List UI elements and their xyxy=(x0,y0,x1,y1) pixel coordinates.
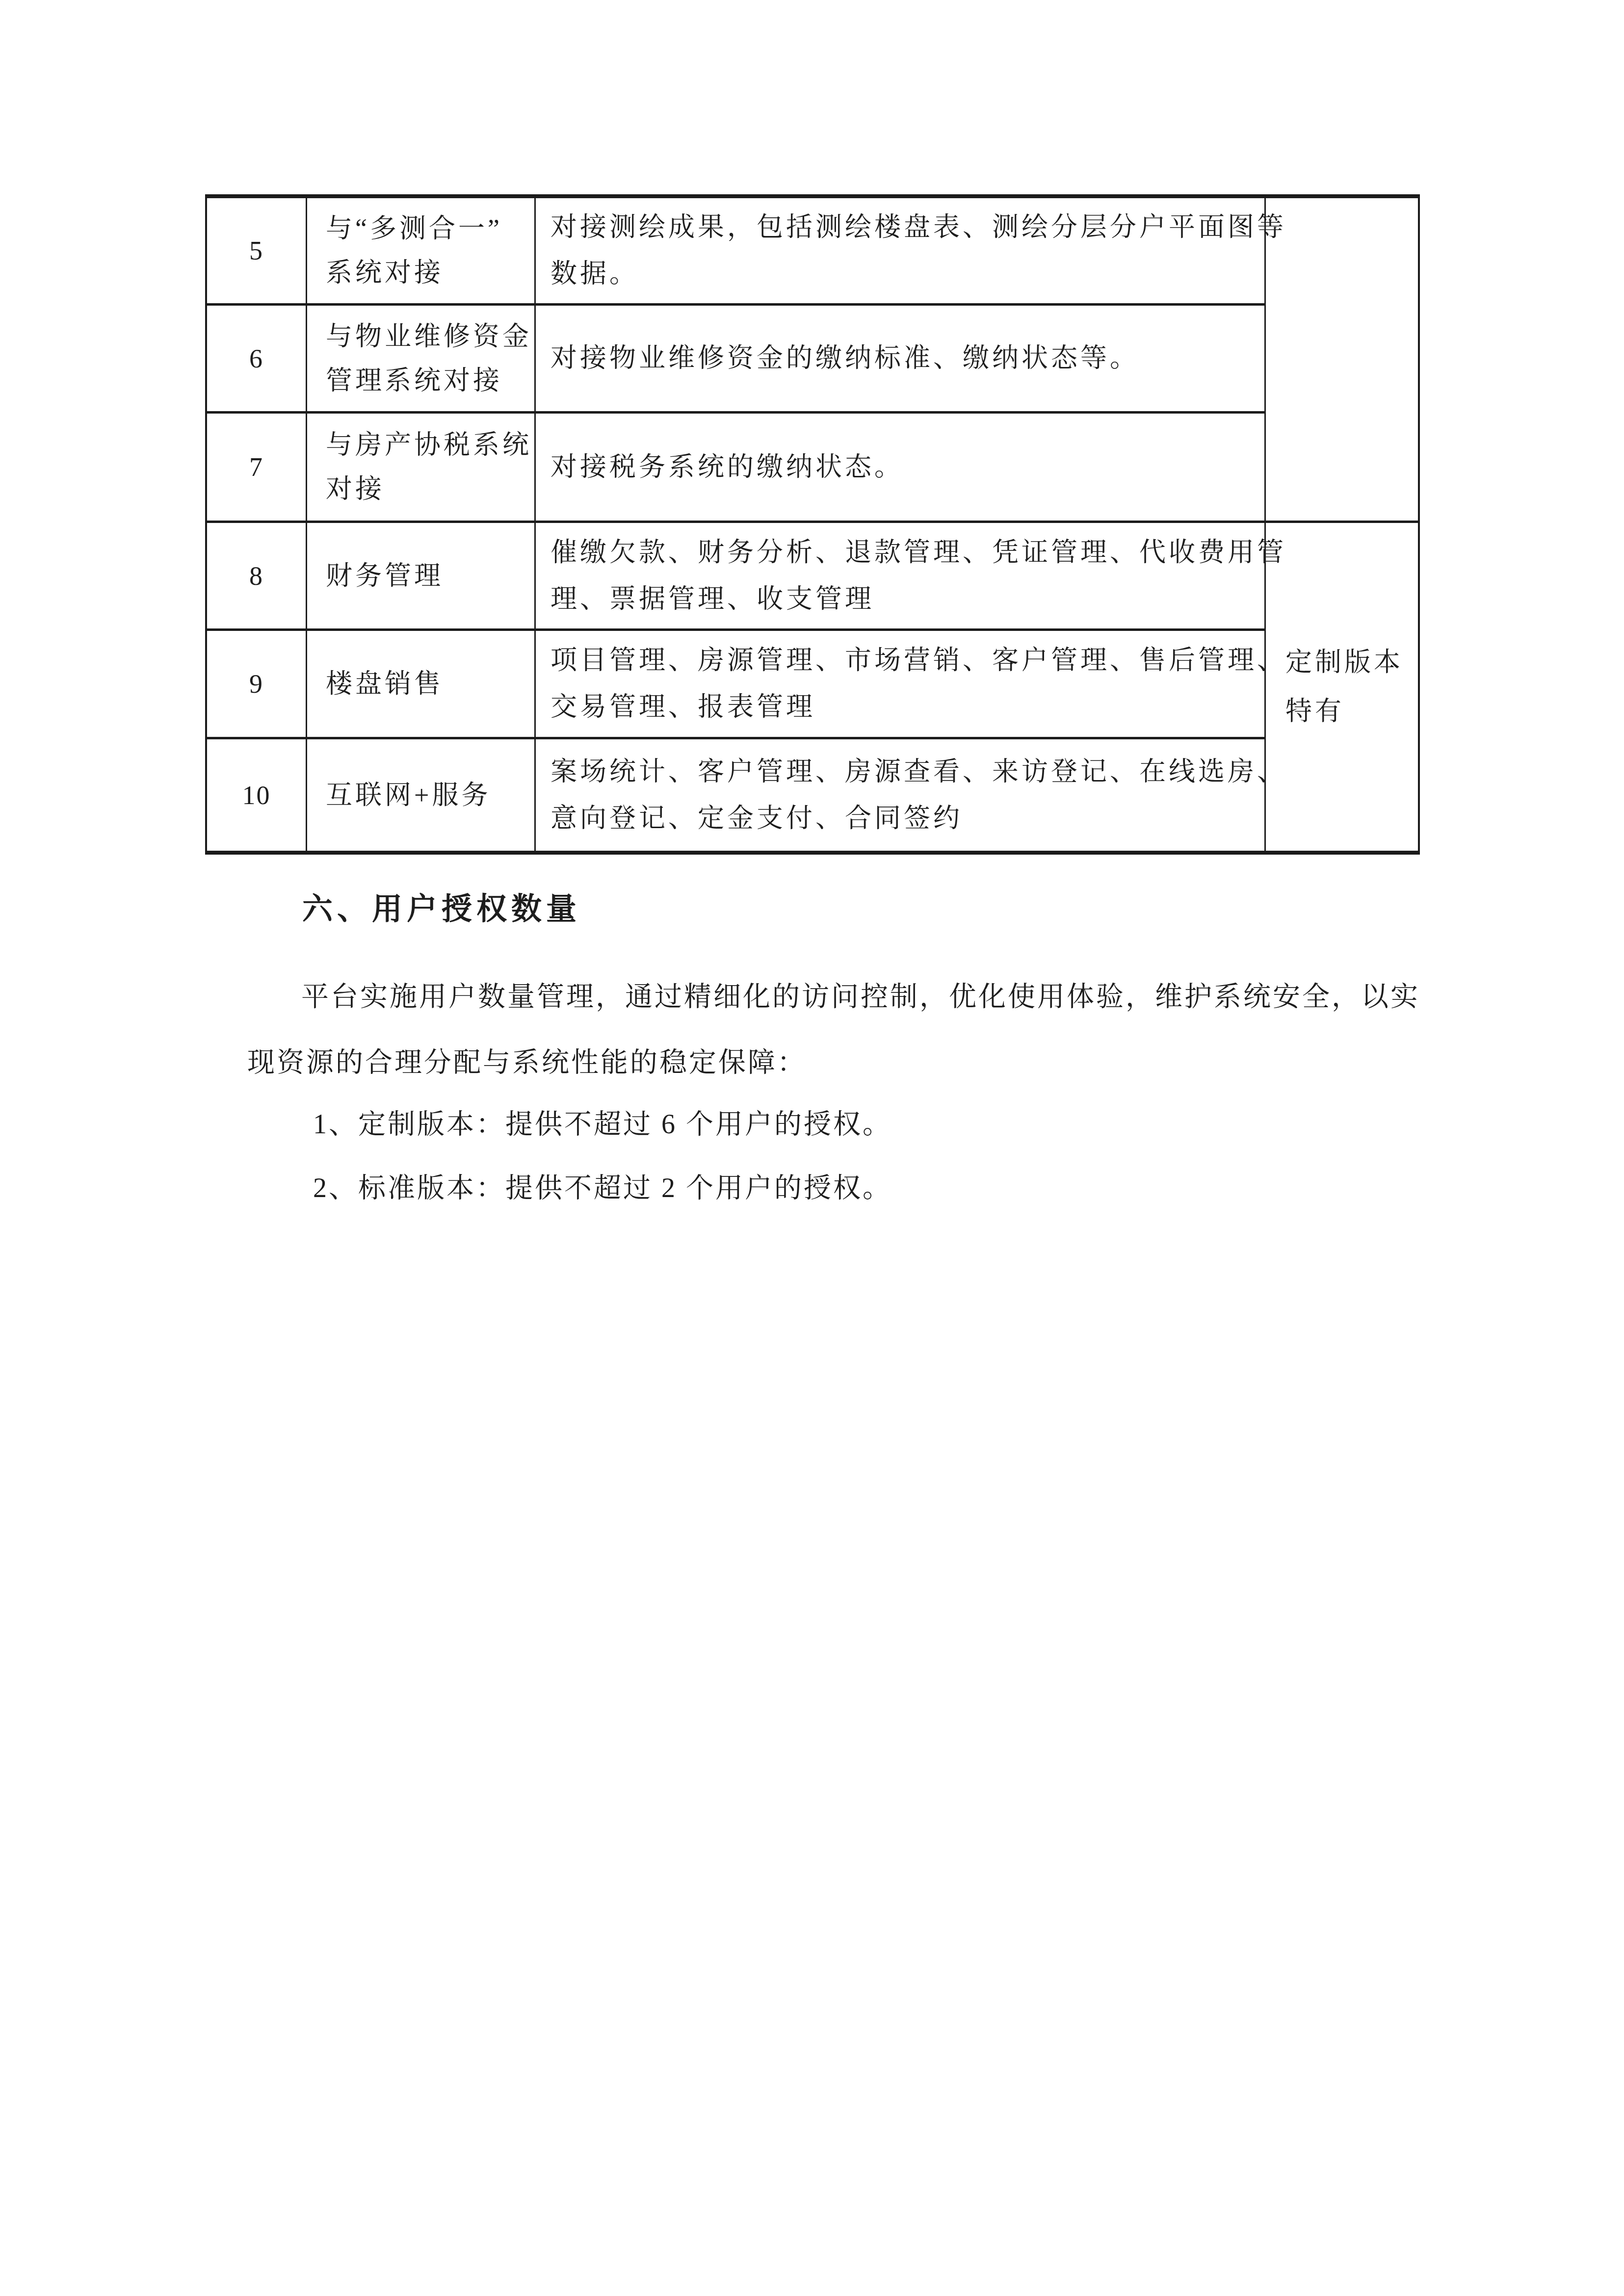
feature-desc-cell: 对接税务系统的缴纳状态。 xyxy=(536,414,1266,523)
feature-name-line: 系统对接 xyxy=(326,251,534,295)
feature-name-line: 互联网+服务 xyxy=(326,773,534,817)
feature-desc-line: 交易管理、报表管理 xyxy=(550,684,1260,731)
feature-desc-cell: 对接测绘成果，包括测绘楼盘表、测绘分层分户平面图等 数据。 xyxy=(536,198,1266,306)
row-number: 8 xyxy=(249,554,263,598)
feature-desc-line: 数据。 xyxy=(550,251,1260,297)
row-number-cell: 10 xyxy=(207,739,307,851)
row-number-cell: 9 xyxy=(207,631,307,739)
feature-name-cell: 与房产协税系统 对接 xyxy=(307,414,536,523)
document-page: 定制版本 特有 5 与“多测合一” 系统对接 对接测绘成果，包括测绘楼盘表、测绘… xyxy=(0,0,1624,2296)
feature-name-line: 对接 xyxy=(326,467,534,511)
feature-name-line: 管理系统对接 xyxy=(326,359,534,403)
feature-desc-line: 催缴欠款、财务分析、退款管理、凭证管理、代收费用管 xyxy=(550,529,1260,576)
row-number-cell: 6 xyxy=(207,306,307,414)
feature-name-line: 与房产协税系统 xyxy=(326,423,534,467)
feature-name-line: 与“多测合一” xyxy=(326,207,534,251)
feature-desc-line: 对接税务系统的缴纳状态。 xyxy=(550,444,1260,491)
feature-desc-line: 意向登记、定金支付、合同签约 xyxy=(550,795,1260,842)
feature-desc-cell: 项目管理、房源管理、市场营销、客户管理、售后管理、 交易管理、报表管理 xyxy=(536,631,1266,739)
feature-name-line: 与物业维修资金 xyxy=(326,314,534,359)
feature-desc-line: 对接测绘成果，包括测绘楼盘表、测绘分层分户平面图等 xyxy=(550,204,1260,251)
feature-name-cell: 与物业维修资金 管理系统对接 xyxy=(307,306,536,414)
feature-desc-cell: 对接物业维修资金的缴纳标准、缴纳状态等。 xyxy=(536,306,1266,414)
version-empty-cell xyxy=(1266,198,1418,523)
row-number: 9 xyxy=(249,662,263,706)
feature-name-cell: 财务管理 xyxy=(307,523,536,631)
list-item: 1、定制版本：提供不超过 6 个用户的授权。 xyxy=(313,1109,892,1140)
row-number: 6 xyxy=(249,337,263,381)
feature-desc-line: 案场统计、客户管理、房源查看、来访登记、在线选房、 xyxy=(550,749,1260,795)
row-number: 10 xyxy=(242,773,271,817)
paragraph-line: 现资源的合理分配与系统性能的稳定保障： xyxy=(247,1047,807,1078)
feature-desc-line: 理、票据管理、收支管理 xyxy=(550,576,1260,623)
row-number: 5 xyxy=(249,229,263,273)
feature-desc-cell: 案场统计、客户管理、房源查看、来访登记、在线选房、 意向登记、定金支付、合同签约 xyxy=(536,739,1266,851)
version-note-cell: 定制版本 特有 xyxy=(1266,523,1418,851)
feature-table: 定制版本 特有 5 与“多测合一” 系统对接 对接测绘成果，包括测绘楼盘表、测绘… xyxy=(205,194,1420,855)
feature-name-line: 财务管理 xyxy=(326,554,534,598)
feature-desc-cell: 催缴欠款、财务分析、退款管理、凭证管理、代收费用管 理、票据管理、收支管理 xyxy=(536,523,1266,631)
feature-name-cell: 互联网+服务 xyxy=(307,739,536,851)
version-note-line: 定制版本 xyxy=(1285,638,1418,687)
list-item: 2、标准版本：提供不超过 2 个用户的授权。 xyxy=(313,1173,892,1204)
row-number: 7 xyxy=(249,445,263,489)
row-number-cell: 7 xyxy=(207,414,307,523)
feature-name-cell: 与“多测合一” 系统对接 xyxy=(307,198,536,306)
feature-desc-line: 项目管理、房源管理、市场营销、客户管理、售后管理、 xyxy=(550,637,1260,684)
feature-desc-line: 对接物业维修资金的缴纳标准、缴纳状态等。 xyxy=(550,335,1260,382)
paragraph-line: 平台实施用户数量管理，通过精细化的访问控制，优化使用体验，维护系统安全，以实 xyxy=(301,981,1420,1013)
version-note-line: 特有 xyxy=(1285,687,1418,736)
row-number-cell: 5 xyxy=(207,198,307,306)
feature-name-cell: 楼盘销售 xyxy=(307,631,536,739)
row-number-cell: 8 xyxy=(207,523,307,631)
section-heading: 六、用户授权数量 xyxy=(302,894,581,925)
feature-name-line: 楼盘销售 xyxy=(326,662,534,706)
